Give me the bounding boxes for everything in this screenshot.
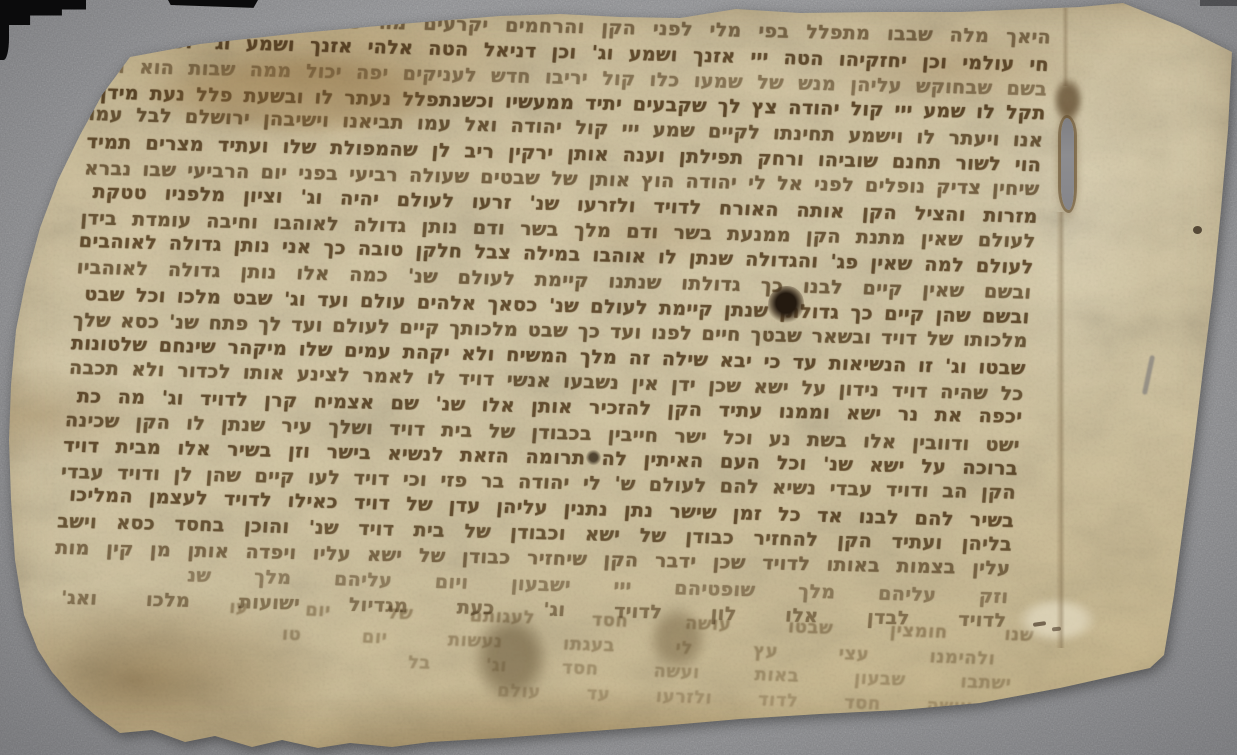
manuscript-photo: היאך מלה שבבו מתפלל בפי מלי לפני הקן והר… bbox=[0, 0, 1237, 755]
manuscript-text: היאך מלה שבבו מתפלל בפי מלי לפני הקן והר… bbox=[50, 3, 1051, 634]
parchment-fragment: היאך מלה שבבו מתפלל בפי מלי לפני הקן והר… bbox=[0, 0, 1237, 755]
parchment-shadow: היאך מלה שבבו מתפלל בפי מלי לפני הקן והר… bbox=[0, 0, 1237, 755]
